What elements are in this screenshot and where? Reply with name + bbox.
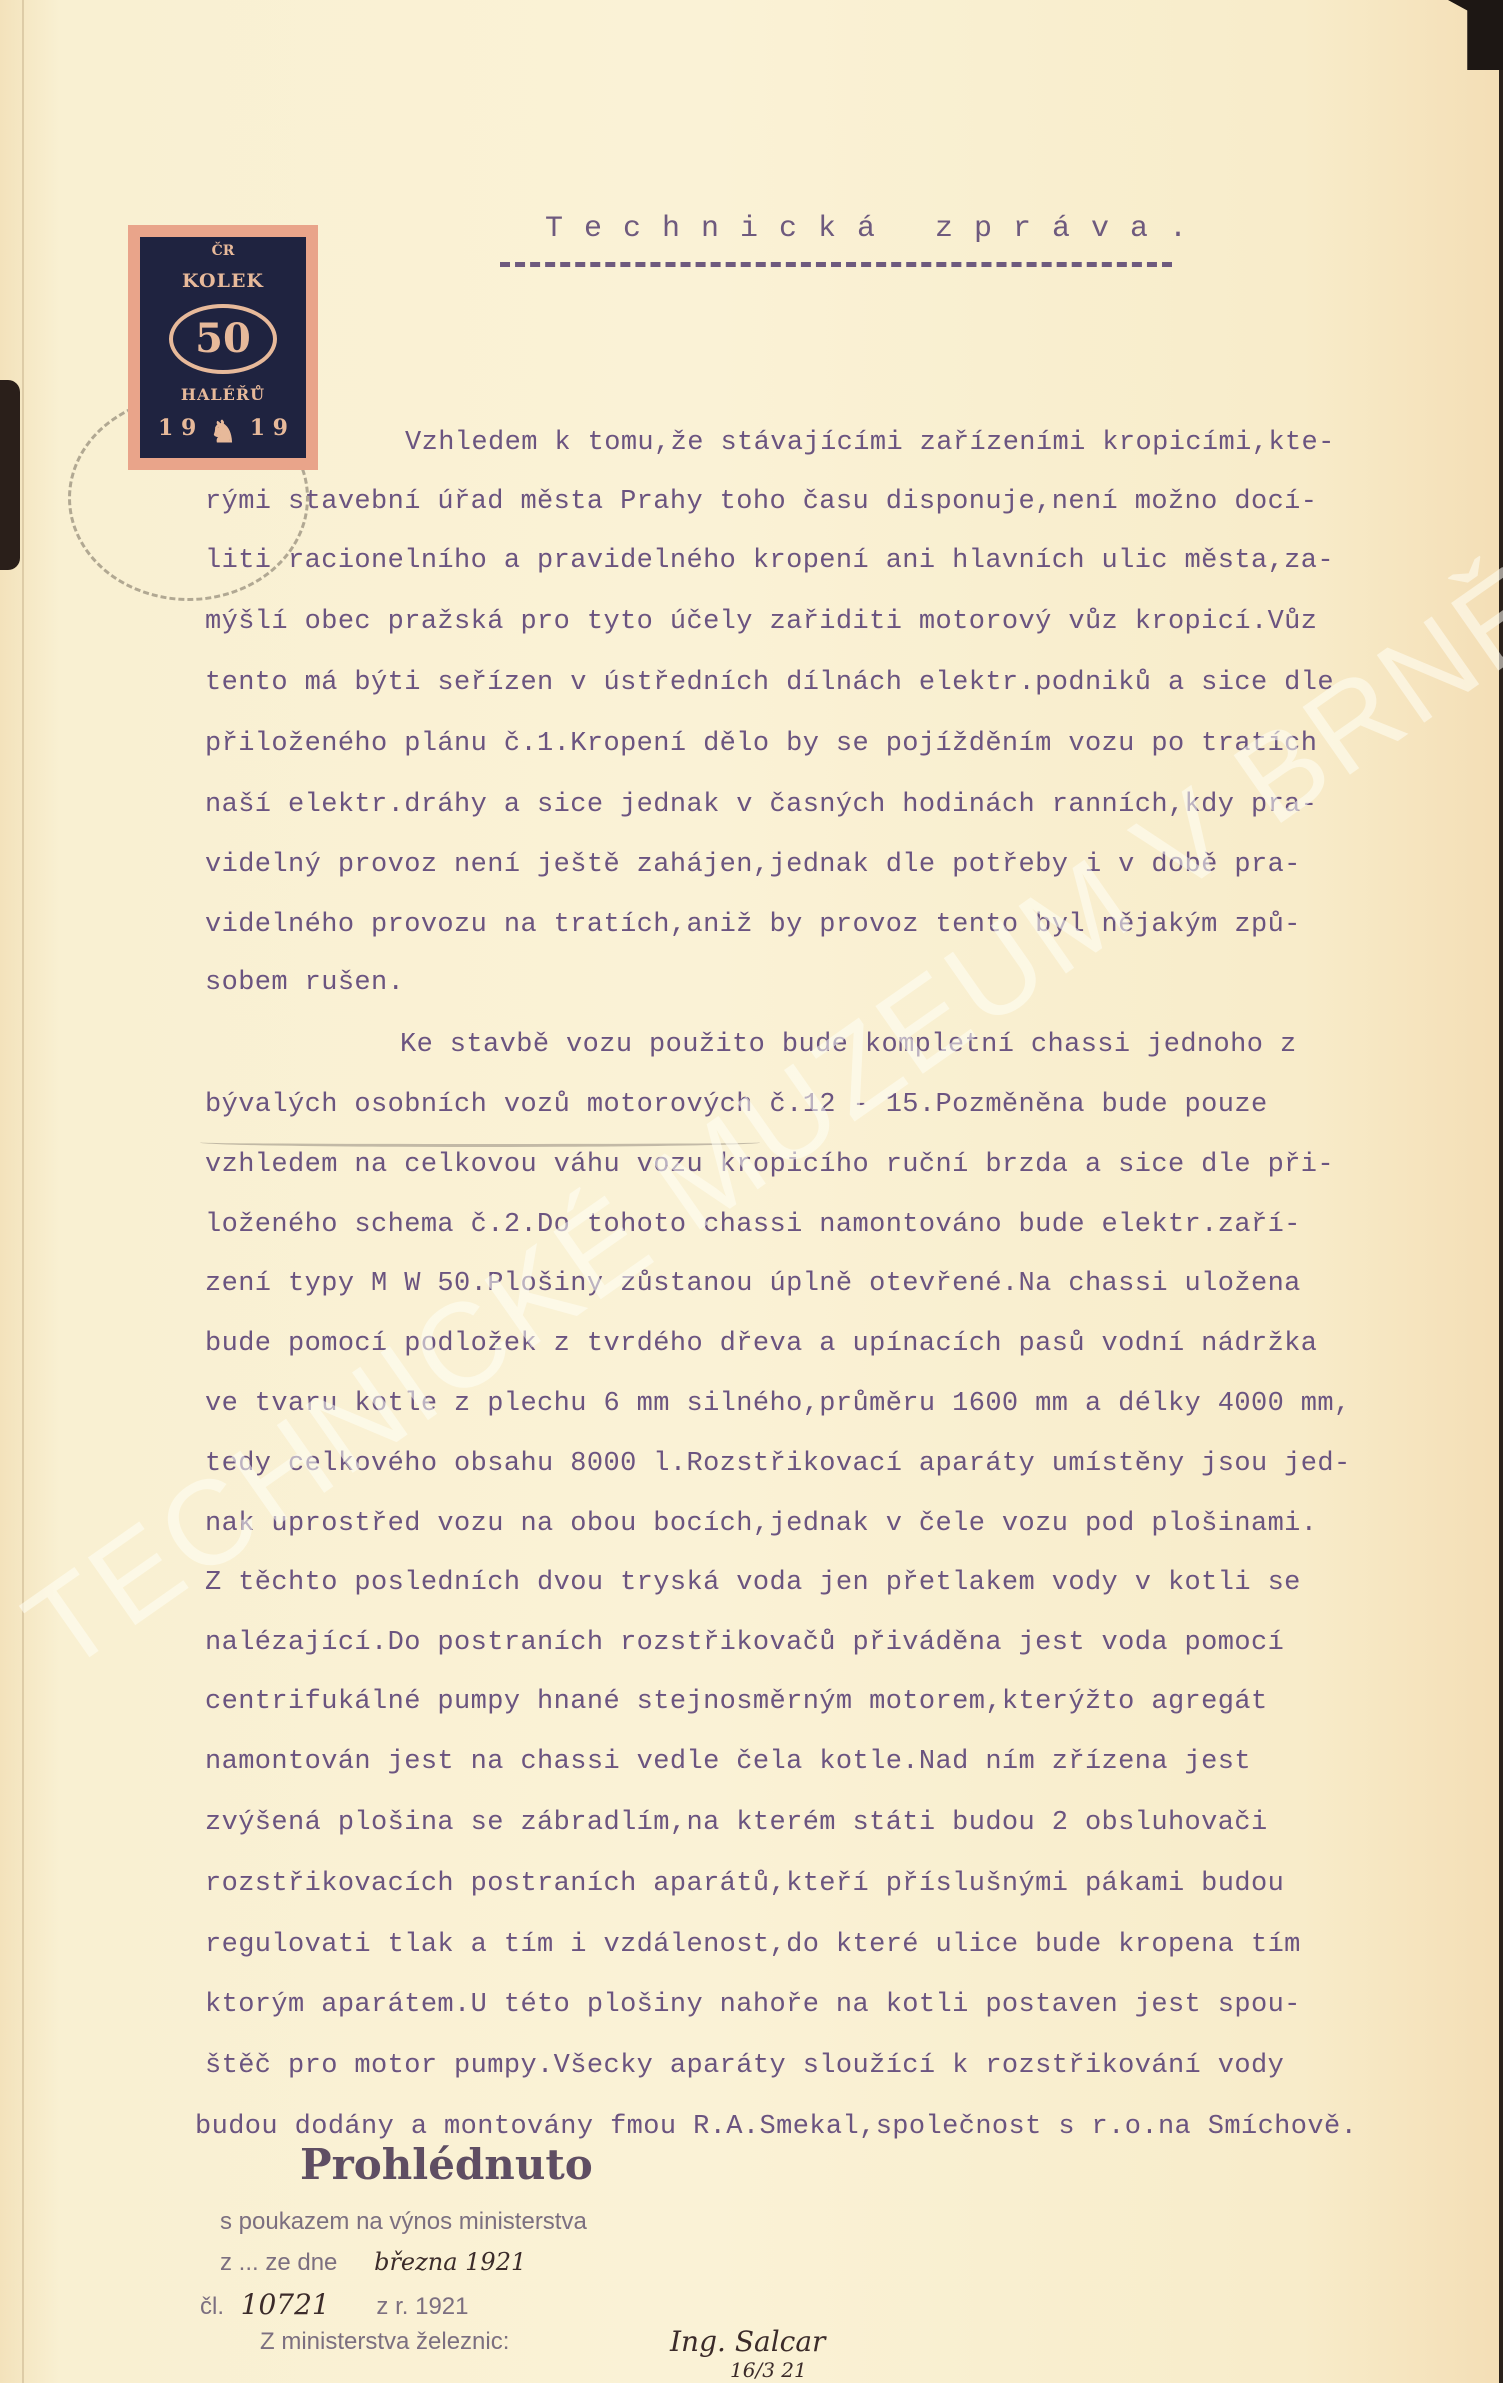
text-line: Z těchto posledních dvou tryská voda jen…: [205, 1568, 1301, 1598]
text-line: štěč pro motor pumpy.Všecky aparáty slou…: [205, 2051, 1284, 2081]
text-line: Vzhledem k tomu,že stávajícími zařízením…: [405, 428, 1335, 458]
signature-date: 16/3 21: [730, 2358, 807, 2382]
stamp-value-oval: 50: [169, 304, 277, 374]
text-line: centrifukálné pumpy hnané stejnosměrným …: [205, 1687, 1268, 1717]
stamp-year: 1 9 ♞ 1 9: [158, 415, 288, 450]
text-line: mýšlí obec pražská pro tyto účely zařidi…: [205, 607, 1317, 637]
approval-title: Prohlédnuto: [300, 2140, 593, 2189]
page-fold-line: [22, 0, 24, 2383]
text-line: namontován jest na chassi vedle čela kot…: [205, 1747, 1251, 1777]
text-line: budou dodány a montovány fmou R.A.Smekal…: [195, 2112, 1357, 2142]
text-line: tedy celkového obsahu 8000 l.Rozstřikova…: [205, 1449, 1351, 1479]
lion-emblem-icon: ♞: [210, 415, 237, 450]
text-line: tento má býti seřízen v ústředních dílná…: [205, 668, 1334, 698]
stamp-year-left: 1 9: [158, 415, 196, 450]
stamp-currency: HALÉŘŮ: [181, 385, 265, 404]
approval-line-date: z ... ze dne března 1921: [220, 2248, 526, 2277]
text-line: přiloženého plánu č.1.Kropení dělo by se…: [205, 729, 1317, 759]
handwritten-number: 10721: [241, 2288, 330, 2321]
approval-line-ministry: Z ministerstva železnic:: [260, 2328, 509, 2356]
approval-line-number: čl. 10721 z r. 1921: [200, 2288, 468, 2321]
stamp-cr-mark: ČR: [212, 243, 235, 259]
document-page: ČR KOLEK 50 HALÉŘŮ 1 9 ♞ 1 9 Technická z…: [0, 0, 1503, 2383]
text-line: Ke stavbě vozu použito bude kompletní ch…: [400, 1030, 1297, 1060]
text-line: nak uprostřed vozu na obou bocích,jednak…: [205, 1509, 1317, 1539]
approval-year: z r. 1921: [376, 2293, 468, 2320]
approval-line-reference: s poukazem na výnos ministerstva: [220, 2208, 587, 2236]
text-line: vzhledem na celkovou váhu vozu kropicího…: [205, 1150, 1334, 1180]
stamp-year-right: 1 9: [250, 415, 288, 450]
text-line: ve tvaru kotle z plechu 6 mm silného,prů…: [205, 1389, 1351, 1419]
pencil-underline: [200, 1138, 760, 1147]
text-line: videlného provozu na tratích,aniž by pro…: [205, 910, 1301, 940]
stamp-label: KOLEK: [182, 270, 264, 292]
text-line: bývalých osobních vozů motorových č.12 -…: [205, 1090, 1268, 1120]
text-line: naší elektr.dráhy a sice jednak v časnýc…: [205, 790, 1317, 820]
document-title: Technická zpráva.: [545, 212, 1208, 246]
text-line: nalézající.Do postraních rozstřikovačů p…: [205, 1628, 1284, 1658]
binding-clip: [0, 380, 20, 570]
text-line: ktorým aparátem.U této plošiny nahoře na…: [205, 1990, 1301, 2020]
text-line: liti racionelního a pravidelného kropení…: [205, 546, 1334, 576]
text-line: loženého schema č.2.Do tohoto chassi nam…: [205, 1210, 1301, 1240]
text-line: regulovati tlak a tím i vzdálenost,do kt…: [205, 1930, 1301, 1960]
page-corner-shadow: [1448, 0, 1503, 70]
revenue-stamp: ČR KOLEK 50 HALÉŘŮ 1 9 ♞ 1 9: [128, 225, 318, 470]
text-line: videlný provoz není ještě zahájen,jednak…: [205, 850, 1301, 880]
text-line: rými stavební úřad města Prahy toho času…: [205, 487, 1317, 517]
text-line: sobem rušen.: [205, 968, 404, 998]
text-line: rozstřikovacích postraních aparátů,kteří…: [205, 1869, 1284, 1899]
title-underline: [500, 262, 1172, 267]
approval-date-prefix: z ... ze dne: [220, 2249, 337, 2276]
text-line: bude pomocí podložek z tvrdého dřeva a u…: [205, 1329, 1317, 1359]
approval-number-prefix: čl.: [200, 2293, 224, 2320]
handwritten-signature: Ing. Salcar: [670, 2325, 825, 2358]
handwritten-date: března 1921: [374, 2248, 526, 2276]
text-line: zení typy M W 50.Plošiny zůstanou úplně …: [205, 1269, 1301, 1299]
text-line: zvýšená plošina se zábradlím,na kterém s…: [205, 1808, 1268, 1838]
page-right-edge: [1499, 70, 1503, 2383]
stamp-value: 50: [195, 315, 251, 362]
